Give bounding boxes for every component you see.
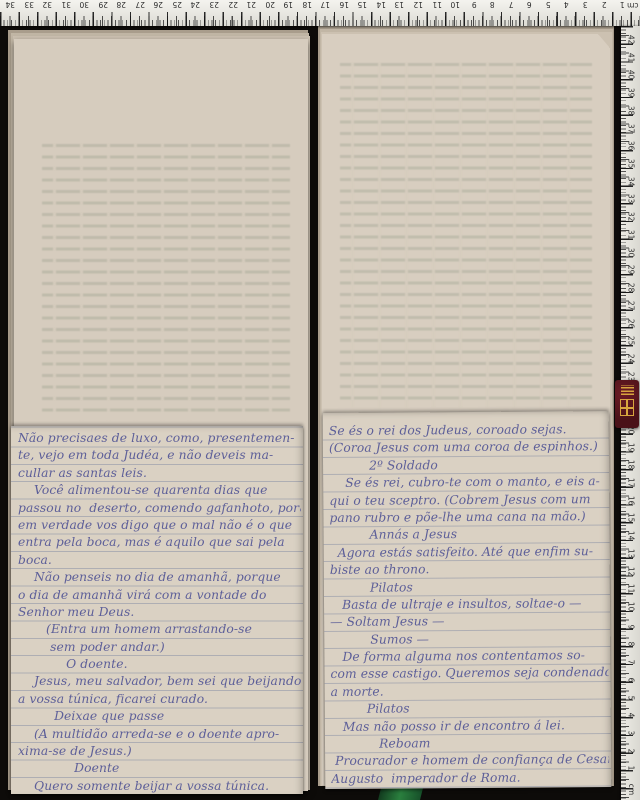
ruler-number: 14	[622, 523, 640, 542]
manuscript-line: Se és rei, cubro-te com o manto, e eis a…	[329, 473, 607, 492]
manuscript-line: Não precisaes de luxo, como, presentemen…	[18, 430, 301, 447]
manuscript-line: a morte.	[331, 682, 609, 701]
manuscript-line: (Entra um homem arrastando-se	[18, 621, 301, 638]
seal-gold-lines-icon	[621, 385, 634, 395]
ruler-number: 7	[622, 648, 640, 667]
ruler-number: 13	[390, 0, 409, 9]
right-handwriting: Se és o rei dos Judeus, coroado sejas.(C…	[323, 411, 612, 788]
ruler-number: 38	[622, 98, 640, 117]
left-handwriting: Não precisaes de luxo, como, presentemen…	[11, 426, 303, 794]
ruler-number: 11	[622, 577, 640, 596]
manuscript-line: Deixae que passe	[18, 708, 301, 725]
manuscript-line: biste ao throno.	[330, 560, 608, 579]
manuscript-line: Sumos —	[330, 630, 608, 649]
ruler-number: 30	[622, 240, 640, 259]
ruler-number: 8	[483, 0, 502, 9]
manuscript-line: sem poder andar.)	[18, 639, 301, 656]
ruler-number: 36	[622, 134, 640, 153]
manuscript-line: Não penseis no dia de amanhã, porque	[18, 569, 301, 586]
ruler-number: 15	[622, 506, 640, 525]
ruler-number: 5	[539, 0, 558, 9]
ruler-number: 5	[622, 683, 640, 702]
manuscript-line: passou no deserto, comendo gafanhoto, po…	[18, 500, 301, 517]
ruler-number: 20	[261, 0, 280, 9]
manuscript-line: entra pela boca, mas é aquilo que sai pe…	[18, 534, 301, 551]
horizontal-ruler: 3433323130292827262524232221201918171615…	[0, 0, 640, 26]
manuscript-line: Jesus, meu salvador, bem sei que beijand…	[18, 673, 301, 690]
ruler-number: 25	[622, 329, 640, 348]
ruler-number: 31	[622, 222, 640, 241]
manuscript-line: boca.	[18, 552, 301, 569]
manuscript-line: em verdade vos digo que o mal não é o qu…	[18, 517, 301, 534]
ruler-number: 37	[622, 116, 640, 135]
ruler-number: 15	[353, 0, 372, 9]
manuscript-line: Mas não posso ir de encontro á lei.	[331, 717, 609, 736]
manuscript-line: com esse castigo. Queremos seja condenad…	[330, 664, 608, 683]
ruler-number: 25	[168, 0, 187, 9]
ruler-number: 2	[622, 736, 640, 755]
ruler-number: 10	[622, 594, 640, 613]
manuscript-line: Doente	[18, 760, 301, 777]
ruler-number: 18	[298, 0, 317, 9]
ruler-number: 9	[465, 0, 484, 9]
manuscript-line: Reboam	[331, 734, 609, 753]
manuscript-line: xima-se de Jesus.)	[18, 743, 301, 760]
seal-gold-grid-icon	[620, 399, 634, 416]
ruler-number: 33	[622, 187, 640, 206]
manuscript-line: Pilatos	[331, 699, 609, 718]
ruler-number: 29	[622, 258, 640, 277]
ruler-unit-label: cm	[627, 784, 636, 795]
ruler-number: 16	[335, 0, 354, 9]
right-manuscript-sheet: Se és o rei dos Judeus, coroado sejas.(C…	[323, 411, 612, 789]
ruler-number: 40	[622, 63, 640, 82]
ruler-number: 28	[112, 0, 131, 9]
manuscript-line: pano rubro e põe-lhe uma cana na mão.)	[329, 508, 607, 527]
ruler-number: 26	[149, 0, 168, 9]
manuscript-line: Senhor meu Deus.	[18, 604, 301, 621]
manuscript-line: Agora estás satisfeito. Até que enfim su…	[330, 543, 608, 562]
ruler-number: 12	[409, 0, 428, 9]
ruler-number: 13	[622, 541, 640, 560]
manuscript-line: Basta de ultraje e insultos, soltae-o —	[330, 595, 608, 614]
ruler-number: 41	[622, 45, 640, 64]
manuscript-line: te, vejo em toda Judéa, e não deveis ma-	[18, 447, 301, 464]
manuscript-line: o dia de amanhã virá com a vontade do	[18, 587, 301, 604]
ruler-number: 27	[622, 293, 640, 312]
ruler-number: 24	[186, 0, 205, 9]
ruler-number: 35	[622, 151, 640, 170]
ruler-number: 23	[205, 0, 224, 9]
ruler-number: 17	[316, 0, 335, 9]
ruler-number: 4	[557, 0, 576, 9]
ruler-number: 32	[38, 0, 57, 9]
manuscript-line: (Coroa Jesus com uma coroa de espinhos.)	[329, 438, 607, 457]
ruler-number: 34	[622, 169, 640, 188]
manuscript-line: 2º Soldado	[329, 456, 607, 475]
ruler-number: 10	[446, 0, 465, 9]
manuscript-line: (A multidão arreda-se e o doente apro-	[18, 726, 301, 743]
manuscript-line: Pilatos	[330, 578, 608, 597]
ruler-number: 11	[428, 0, 447, 9]
ruler-number: 39	[622, 81, 640, 100]
ruler-number: 1	[622, 754, 640, 773]
manuscript-line: Annás a Jesus	[329, 525, 607, 544]
manuscript-line: — Soltam Jesus —	[330, 612, 608, 631]
ruler-number: 34	[1, 0, 20, 9]
left-manuscript-sheet: Não precisaes de luxo, como, presentemen…	[11, 426, 303, 794]
maroon-seal-stamp-icon	[615, 380, 639, 428]
manuscript-line: O doente.	[18, 656, 301, 673]
ruler-number: 18	[622, 453, 640, 472]
ruler-number: 33	[20, 0, 39, 9]
ruler-number: 19	[622, 435, 640, 454]
manuscript-line: Quero somente beijar a vossa túnica.	[18, 778, 301, 794]
manuscript-line: Augusto imperador de Roma.	[331, 769, 609, 788]
manuscript-line: Se és o rei dos Judeus, coroado sejas.	[329, 421, 607, 440]
manuscript-line: a vossa túnica, ficarei curado.	[18, 691, 301, 708]
ruler-number: 16	[622, 488, 640, 507]
ruler-number: 17	[622, 470, 640, 489]
ruler-number: 22	[224, 0, 243, 9]
manuscript-line: De forma alguma nos contentamos so-	[330, 647, 608, 666]
ruler-numbers: 3433323130292827262524232221201918171615…	[1, 0, 632, 9]
ruler-number: 30	[75, 0, 94, 9]
ruler-number: 24	[622, 346, 640, 365]
manuscript-photo-scene: Não precisaes de luxo, como, presentemen…	[0, 0, 640, 800]
manuscript-line: Procurador e homem de confiança de Cesar	[331, 751, 609, 770]
ruler-cm-ticks	[0, 12, 640, 26]
ruler-number: 27	[131, 0, 150, 9]
ruler-number: 19	[279, 0, 298, 9]
ruler-number: 42	[622, 27, 640, 46]
ruler-number: 14	[372, 0, 391, 9]
ruler-number: 28	[622, 275, 640, 294]
ruler-number: 21	[242, 0, 261, 9]
ruler-number: 3	[622, 718, 640, 737]
ruler-number: 26	[622, 311, 640, 330]
ruler-number: 29	[94, 0, 113, 9]
manuscript-line: qui o teu sceptro. (Cobrem Jesus com um	[329, 491, 607, 510]
ruler-number: 8	[622, 630, 640, 649]
ruler-number: 6	[622, 665, 640, 684]
ruler-unit-label: cm	[627, 1, 638, 10]
ruler-number: 31	[57, 0, 76, 9]
ruler-number: 4	[622, 701, 640, 720]
manuscript-line: Você alimentou-se quarenta dias que	[18, 482, 301, 499]
ruler-number: 7	[502, 0, 521, 9]
ruler-number: 9	[622, 612, 640, 631]
ruler-number: 2	[595, 0, 614, 9]
ruler-number: 32	[622, 205, 640, 224]
ruler-number: 6	[520, 0, 539, 9]
manuscript-line: cullar as santas leis.	[18, 465, 301, 482]
ruler-number: 3	[576, 0, 595, 9]
ruler-number: 12	[622, 559, 640, 578]
